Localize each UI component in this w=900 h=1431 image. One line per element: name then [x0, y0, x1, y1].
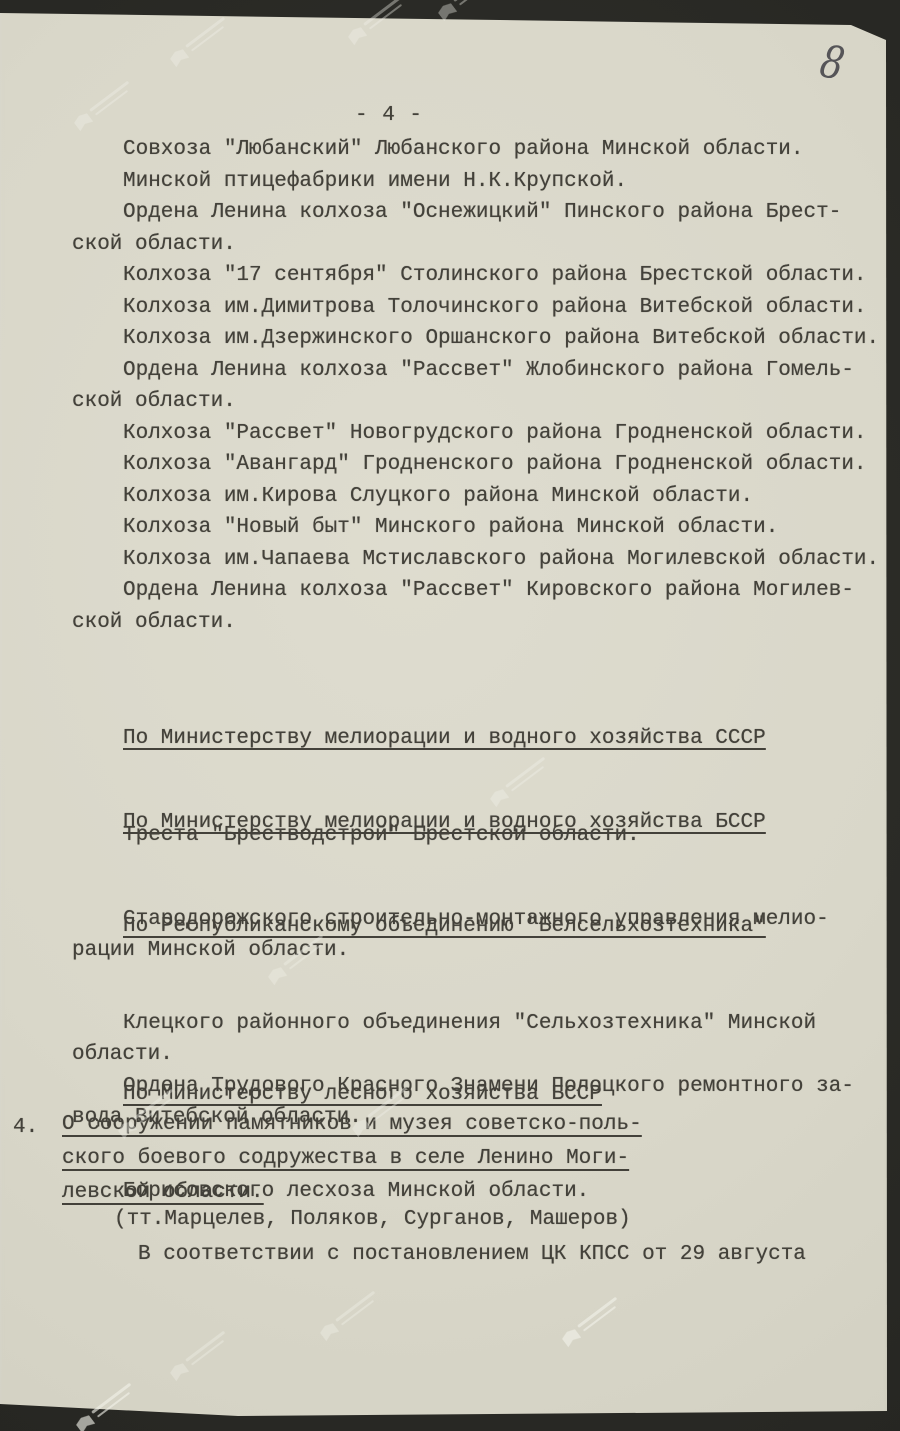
typed-line: ской области.: [72, 607, 892, 639]
document-page: - 4 - Совхоза "Любанский" Любанского рай…: [0, 0, 900, 1431]
section-heading: По Министерству лесного хозяйства БССР: [72, 1079, 892, 1111]
attendees-line: (тт.Марцелев, Поляков, Сурганов, Машеров…: [114, 1204, 631, 1236]
section-heading: По Министерству мелиорации и водного хоз…: [72, 807, 892, 839]
typed-line: Колхоза им.Дзержинского Оршанского район…: [72, 323, 892, 355]
body-text-line: В соответствии с постановлением ЦК КПСС …: [138, 1239, 806, 1271]
typed-line: Колхоза им.Чапаева Мстиславского района …: [72, 544, 892, 576]
typed-line: Ордена Ленина колхоза "Рассвет" Жлобинск…: [72, 355, 892, 387]
typed-line: Колхоза им.Кирова Слуцкого района Минско…: [72, 481, 892, 513]
typed-line: Колхоза "17 сентября" Столинского района…: [72, 260, 892, 292]
typed-line: Колхоза "Авангард" Гродненского района Г…: [72, 449, 892, 481]
agenda-item-number: 4.: [13, 1112, 38, 1144]
scan-background: { "colors":{"paper":"#dad8ca","ink":"#43…: [0, 0, 900, 1431]
typed-line: Совхоза "Любанский" Любанского района Ми…: [72, 134, 892, 166]
page-number: - 4 -: [355, 100, 423, 132]
title-line: ского боевого содружества в селе Ленино …: [62, 1142, 642, 1176]
typed-line: Минской птицефабрики имени Н.К.Крупской.: [72, 166, 892, 198]
typed-line: Колхоза "Рассвет" Новогрудского района Г…: [72, 418, 892, 450]
typed-line: ской области.: [72, 229, 892, 261]
section-heading: По Республиканскому объединению "Белсель…: [72, 911, 892, 943]
agenda-item-4: 4. О сооружении памятников и музея совет…: [0, 1108, 900, 1308]
typed-line: Ордена Ленина колхоза "Оснежицкий" Пинск…: [72, 197, 892, 229]
title-line: О сооружении памятников и музея советско…: [62, 1108, 642, 1142]
awarded-farms-list: Совхоза "Любанский" Любанского района Ми…: [72, 134, 892, 638]
typed-line: ской области.: [72, 386, 892, 418]
typed-line: Ордена Ленина колхоза "Рассвет" Кировско…: [72, 575, 892, 607]
typed-line: Колхоза им.Димитрова Толочинского района…: [72, 292, 892, 324]
agenda-item-title: О сооружении памятников и музея советско…: [62, 1108, 642, 1210]
typed-line: Колхоза "Новый быт" Минского района Минс…: [72, 512, 892, 544]
